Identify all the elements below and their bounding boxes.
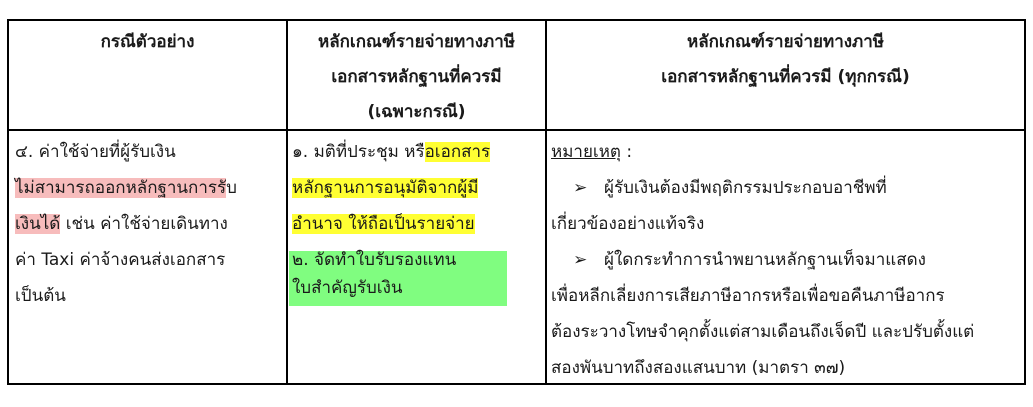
bullet-2-line-4: สองพันบาทถึงสองแสนบาท (มาตรา ๓๗) [551, 350, 1021, 386]
arrow-bullet-icon: ➢ [567, 242, 593, 278]
case-highlight-pink-2: เงินได้ [15, 214, 60, 234]
case-line-2: ไม่สามารถออกหลักฐานการรับ [15, 170, 283, 206]
specific-item2-line-2: ใบสำคัญรับเงิน [292, 270, 542, 306]
case-line-2-rest: บ [226, 178, 237, 198]
header-specific-line-3: (เฉพาะกรณี) [288, 95, 545, 130]
cell-specific-docs: ๑. มติที่ประชุม หรือเอกสาร หลักฐานการอนุ… [292, 134, 542, 306]
tax-expense-table: กรณีตัวอย่าง หลักเกณฑ์รายจ่ายทางภาษี เอก… [7, 19, 1026, 385]
case-highlight-pink-1: ไม่สามารถออกหลักฐานการรั [15, 178, 226, 198]
header-specific-docs: หลักเกณฑ์รายจ่ายทางภาษี เอกสารหลักฐานที่… [288, 21, 545, 129]
cell-case-example: ๔. ค่าใช้จ่ายที่ผู้รับเงิน ไม่สามารถออกห… [15, 134, 283, 314]
header-general-line-1: หลักเกณฑ์รายจ่ายทางภาษี [547, 25, 1024, 60]
bullet-1-line-1: ➢ ผู้รับเงินต้องมีพฤติกรรมประกอบอาชีพที่ [551, 170, 1021, 206]
note-colon: : [621, 142, 632, 162]
note-heading: หมายเหตุ : [551, 134, 1021, 170]
bullet-2-text-1: ผู้ใดกระทำการนำพยานหลักฐานเท็จมาแสดง [604, 250, 926, 270]
header-specific-line-2: เอกสารหลักฐานที่ควรมี [288, 60, 545, 95]
specific-highlight-yellow-1: อเอกสาร [425, 142, 491, 162]
specific-item1-line-1: ๑. มติที่ประชุม หรือเอกสาร [292, 134, 542, 170]
case-line-3: เงินได้ เช่น ค่าใช้จ่ายเดินทาง [15, 206, 283, 242]
header-case-example-text: กรณีตัวอย่าง [9, 25, 286, 60]
specific-item1-line-1-plain: ๑. มติที่ประชุม หรื [292, 142, 425, 162]
case-line-4: ค่า Taxi ค่าจ้างคนส่งเอกสาร [15, 242, 283, 278]
bullet-2-line-1: ➢ ผู้ใดกระทำการนำพยานหลักฐานเท็จมาแสดง [551, 242, 1021, 278]
specific-item1-line-2: หลักฐานการอนุมัติจากผู้มี [292, 170, 542, 206]
case-line-5: เป็นต้น [15, 278, 283, 314]
specific-highlight-yellow-3: อำนาจ ให้ถือเป็นรายจ่าย [292, 214, 475, 234]
specific-highlight-yellow-2: หลักฐานการอนุมัติจากผู้มี [292, 178, 478, 198]
header-general-line-2: เอกสารหลักฐานที่ควรมี (ทุกกรณี) [547, 60, 1024, 95]
specific-item1-line-3: อำนาจ ให้ถือเป็นรายจ่าย [292, 206, 542, 242]
header-specific-line-1: หลักเกณฑ์รายจ่ายทางภาษี [288, 25, 545, 60]
bullet-1-line-2: เกี่ยวข้องอย่างแท้จริง [551, 206, 1021, 242]
note-title: หมายเหตุ [551, 142, 621, 162]
bullet-2-line-3: ต้องระวางโทษจำคุกตั้งแต่สามเดือนถึงเจ็ดป… [551, 314, 1021, 350]
arrow-bullet-icon: ➢ [567, 170, 593, 206]
case-line-3-rest: เช่น ค่าใช้จ่ายเดินทาง [60, 214, 228, 234]
bullet-2-line-2: เพื่อหลีกเลี่ยงการเสียภาษีอากรหรือเพื่อข… [551, 278, 1021, 314]
bullet-1-text-1: ผู้รับเงินต้องมีพฤติกรรมประกอบอาชีพที่ [604, 178, 887, 198]
header-general-docs: หลักเกณฑ์รายจ่ายทางภาษี เอกสารหลักฐานที่… [547, 21, 1024, 129]
header-case-example: กรณีตัวอย่าง [9, 21, 286, 129]
cell-general-docs: หมายเหตุ : ➢ ผู้รับเงินต้องมีพฤติกรรมประ… [551, 134, 1021, 386]
case-line-1: ๔. ค่าใช้จ่ายที่ผู้รับเงิน [15, 134, 283, 170]
